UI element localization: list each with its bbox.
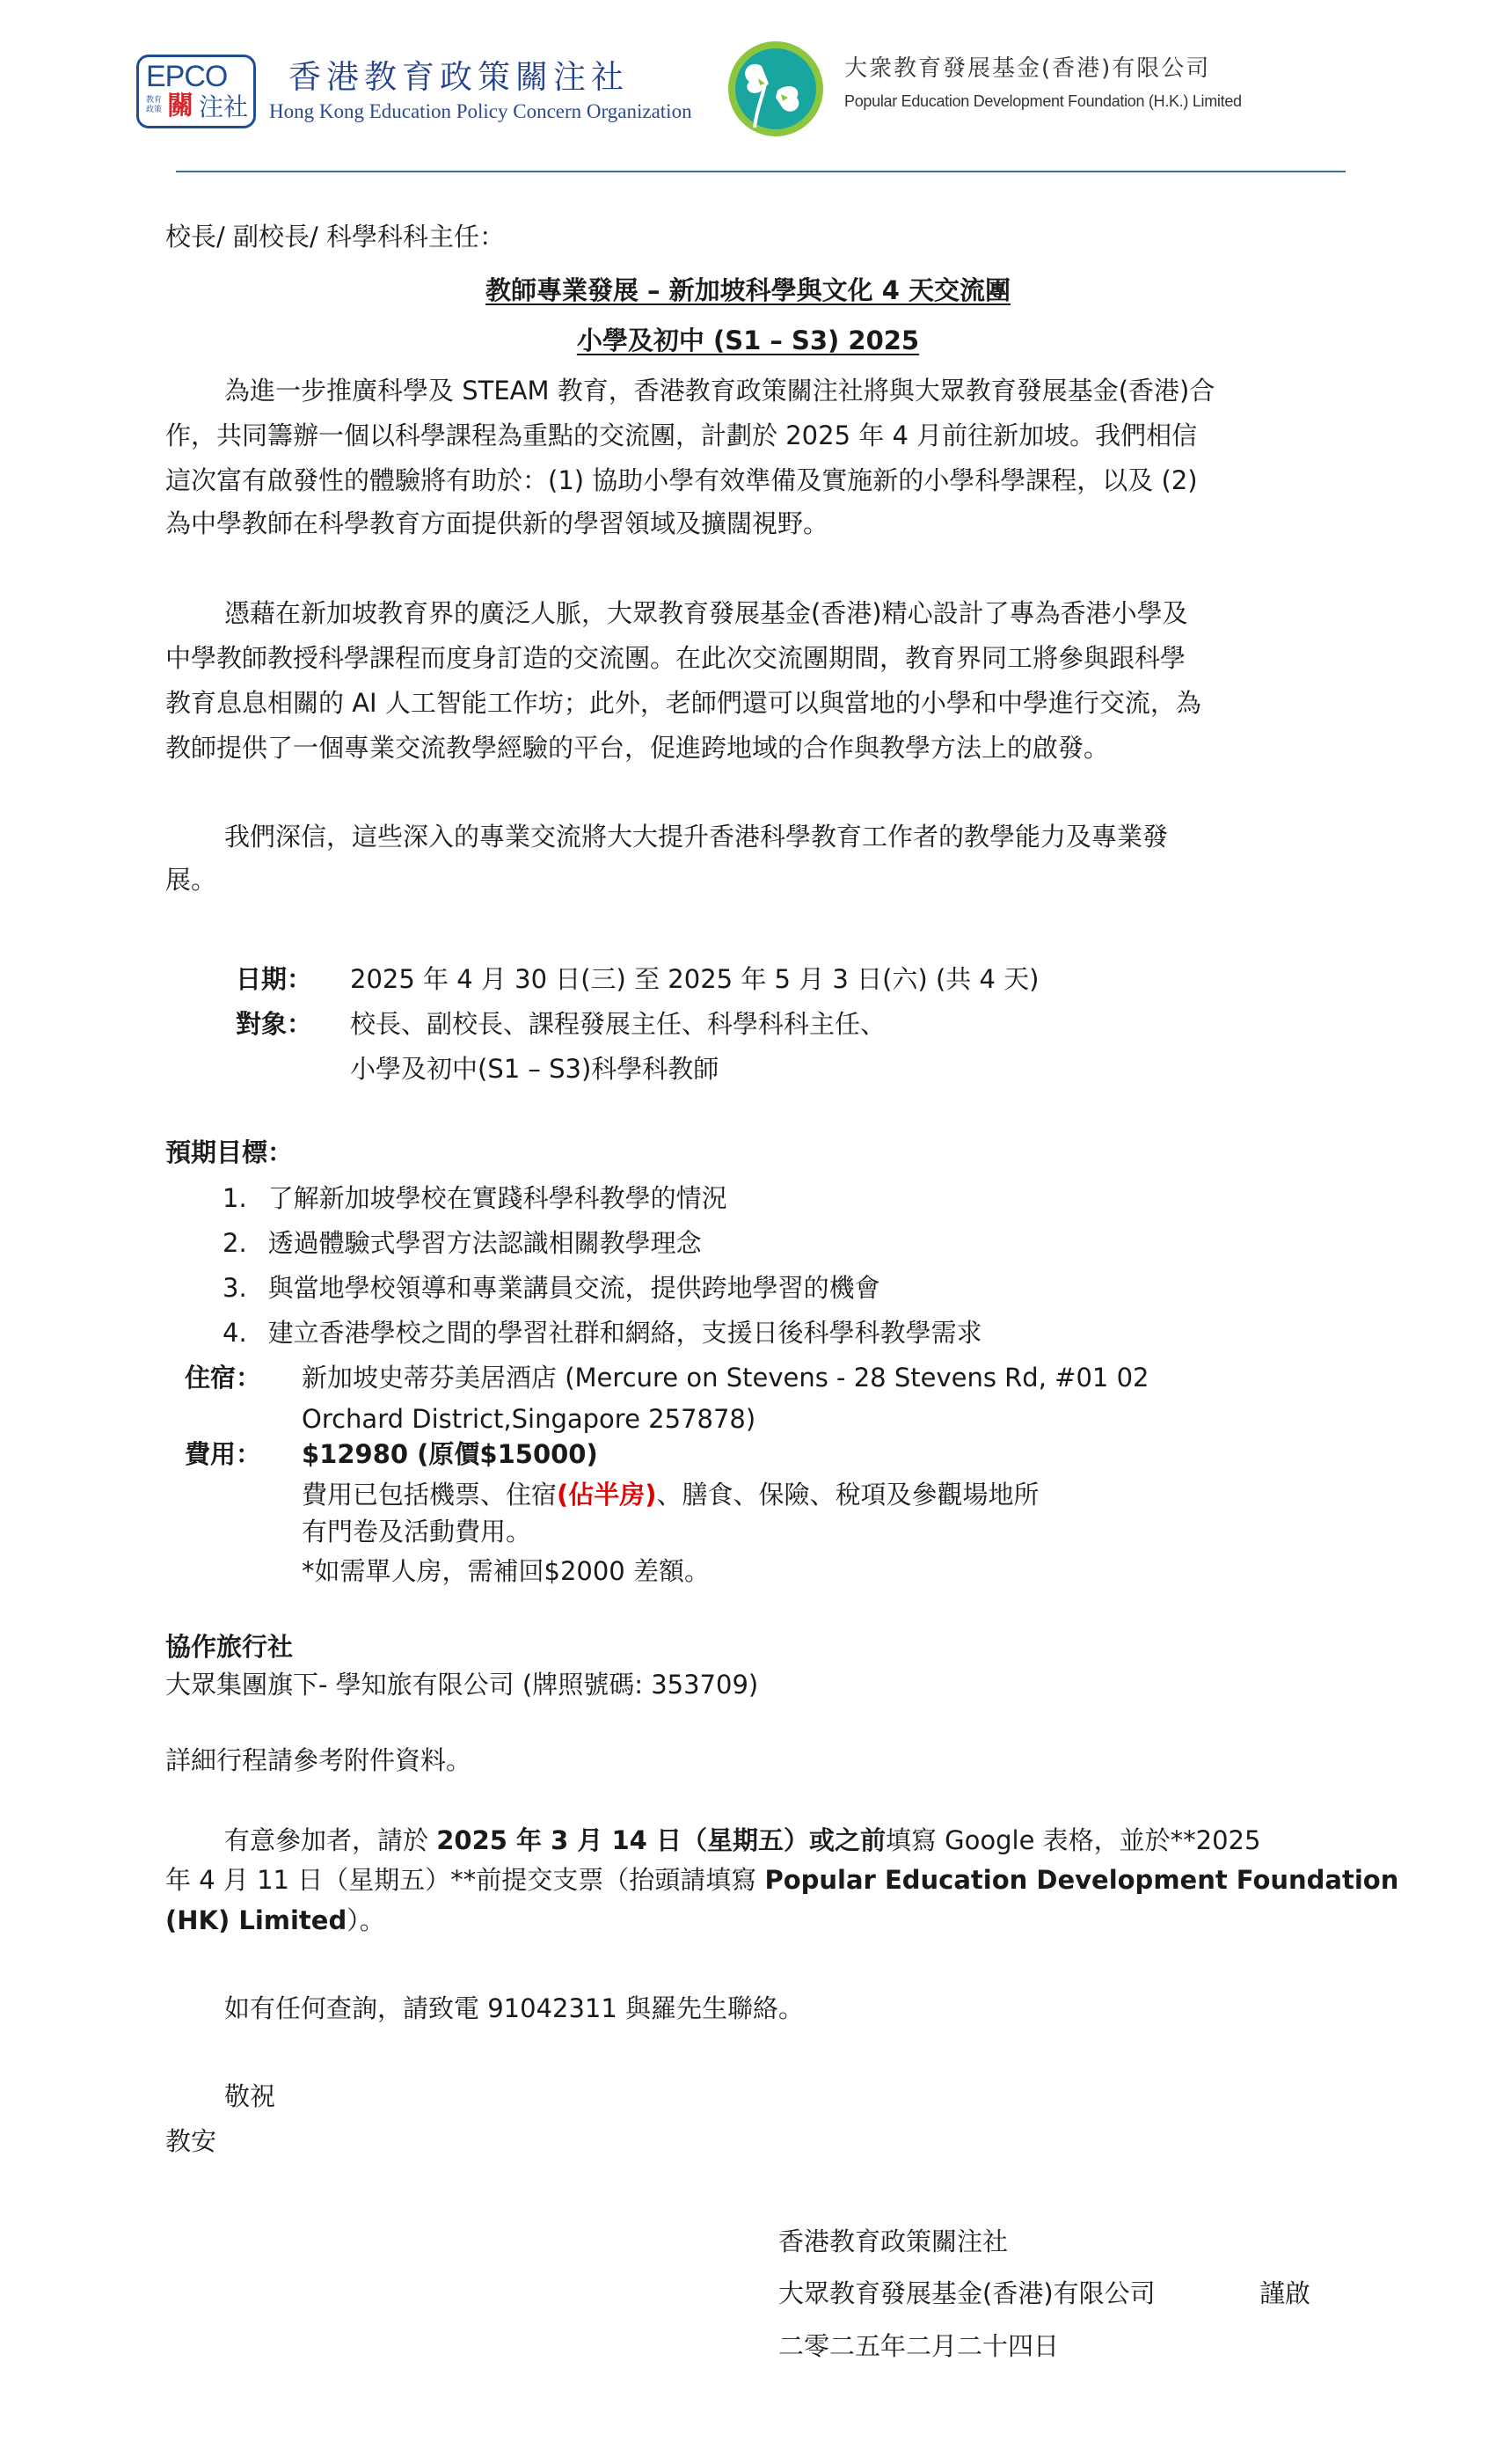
cheque-payee: Popular Education Development Foundation — [764, 1865, 1398, 1895]
closing-wish: 教安 — [165, 2126, 216, 2156]
clover-logo-icon — [726, 40, 825, 138]
accommodation-line-1: 新加坡史蒂芬美居酒店 (Mercure on Stevens - 28 Stev… — [302, 1363, 1149, 1393]
fee-label: 費用： — [185, 1439, 261, 1469]
pedf-name-en: Popular Education Development Foundation… — [844, 91, 1242, 111]
closing-regards: 敬祝 — [224, 2081, 275, 2111]
epco-logo-small-text: 教育 政策 — [146, 96, 165, 115]
objective-item-2: 2.透過體驗式學習方法認識相關教學理念 — [223, 1228, 702, 1258]
agency-heading: 協作旅行社 — [165, 1632, 293, 1662]
accommodation-line-2: Orchard District,Singapore 257878) — [302, 1404, 755, 1434]
letter-title: 教師專業發展 – 新加坡科學與文化 4 天交流團 — [0, 275, 1496, 305]
target-line-1: 校長、副校長、課程發展主任、科學科科主任、 — [350, 1009, 886, 1039]
objective-item-3: 3.與當地學校領導和專業講員交流，提供跨地學習的機會 — [223, 1273, 880, 1303]
signature-org-2: 大眾教育發展基金(香港)有限公司 — [778, 2278, 1156, 2308]
epco-logo-word: EPCO — [146, 61, 227, 92]
contact-line: 如有任何查詢，請致電 91042311 與羅先生聯絡。 — [224, 1993, 804, 2023]
objectives-heading: 預期目標： — [165, 1137, 293, 1167]
objective-item-1: 1.了解新加坡學校在實踐科學科教學的情況 — [223, 1183, 727, 1213]
epco-logo-red-char: 關 — [167, 91, 193, 122]
letter-subtitle: 小學及初中 (S1 – S3) 2025 — [0, 325, 1496, 355]
epco-logo-blue-chars: 注社 — [199, 92, 248, 122]
single-room-note: *如需單人房，需補回$2000 差額。 — [302, 1556, 710, 1586]
epco-name-zh: 香港教育政策關注社 — [288, 58, 629, 97]
fee-price: $12980 (原價$15000) — [302, 1439, 598, 1469]
half-room-highlight: (佔半房) — [557, 1480, 657, 1510]
salutation: 校長/ 副校長/ 科學科科主任： — [165, 222, 505, 252]
registration-deadline: 2025 年 3 月 14 日（星期五）或之前 — [436, 1825, 886, 1855]
signature-respectfully: 謹啟 — [1259, 2278, 1310, 2308]
accommodation-label: 住宿： — [185, 1363, 261, 1393]
date-value: 2025 年 4 月 30 日(三) 至 2025 年 5 月 3 日(六) (… — [350, 964, 1039, 994]
date-label: 日期： — [236, 964, 312, 994]
objective-item-4: 4.建立香港學校之間的學習社群和網絡，支援日後科學科教學需求 — [223, 1318, 982, 1348]
signature-date: 二零二五年二月二十四日 — [778, 2331, 1059, 2361]
signature-org-1: 香港教育政策關注社 — [778, 2226, 1008, 2256]
epco-logo: EPCO 教育 政策 關 注社 — [136, 55, 256, 128]
header-divider — [176, 171, 1346, 172]
agency-line: 大眾集團旗下- 學知旅有限公司 (牌照號碼: 353709) — [165, 1670, 758, 1700]
target-line-2: 小學及初中(S1 – S3)科學科教師 — [350, 1054, 719, 1084]
target-label: 對象： — [236, 1009, 312, 1039]
epco-name-en: Hong Kong Education Policy Concern Organ… — [269, 100, 692, 123]
fee-includes-line-2: 有門卷及活動費用。 — [302, 1517, 531, 1546]
fee-includes-line-1: 費用已包括機票、住宿(佔半房)、膳食、保險、稅項及參觀場地所 — [302, 1480, 1040, 1510]
itinerary-note: 詳細行程請參考附件資料。 — [165, 1745, 471, 1775]
pedf-name-zh: 大衆教育發展基金(香港)有限公司 — [844, 55, 1210, 83]
